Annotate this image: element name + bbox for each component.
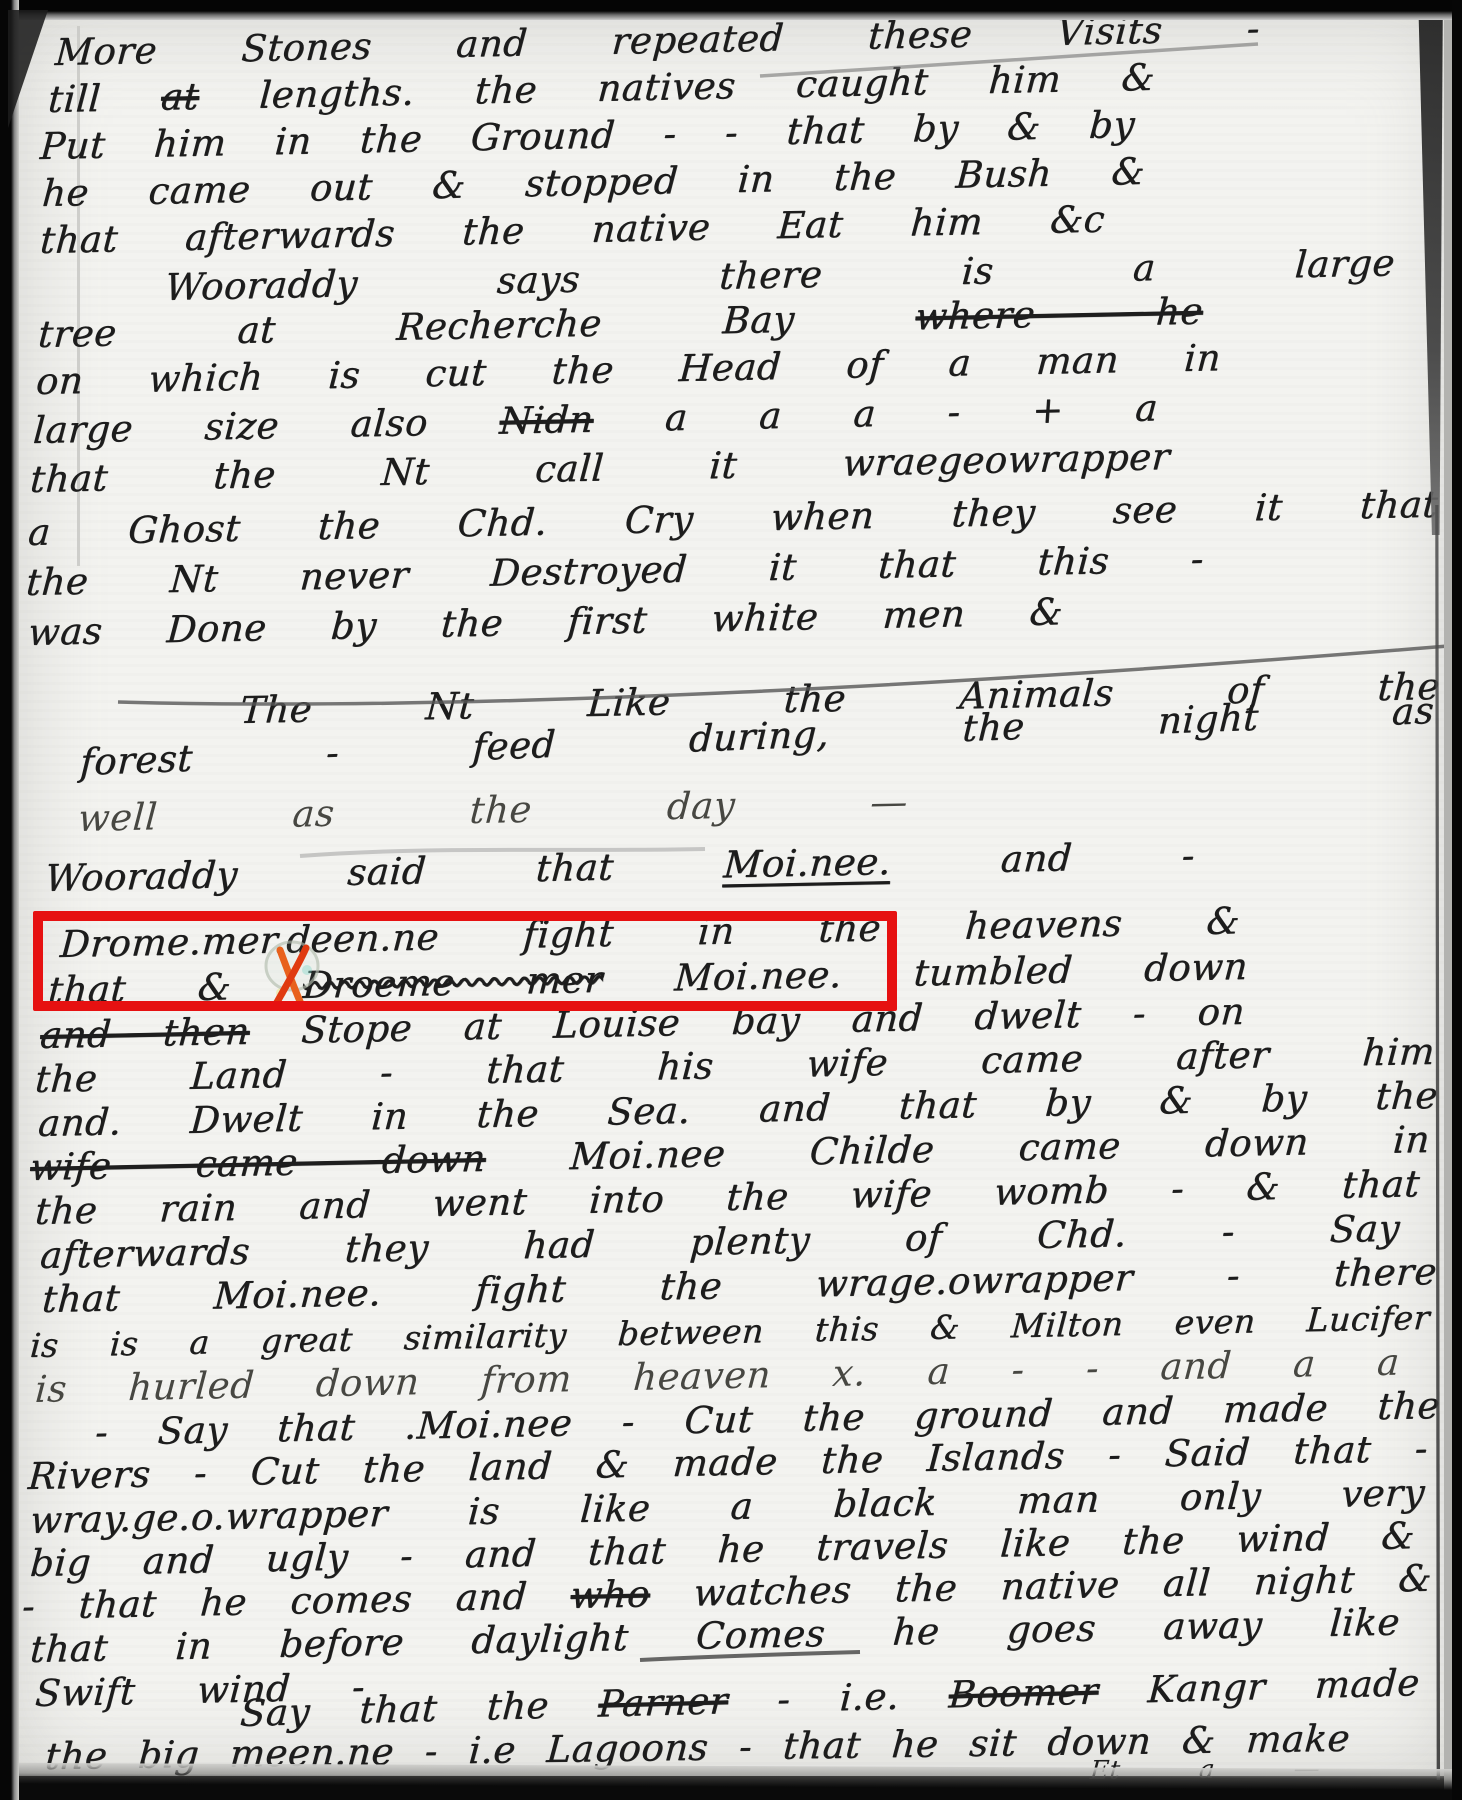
line-text: Kangr made xyxy=(1097,1661,1421,1712)
struck-text: and then xyxy=(39,1010,251,1057)
line-text: and - xyxy=(890,834,1197,883)
struck-text: at xyxy=(160,75,201,119)
scan-edge-right xyxy=(1452,0,1462,1800)
scanned-manuscript-page: More Stones and repeated these Visits - … xyxy=(0,0,1462,1800)
struck-text: where he xyxy=(914,290,1204,339)
scan-corner-shadow xyxy=(8,10,48,128)
scan-edge-top xyxy=(0,0,1462,20)
line-text: - i.e. xyxy=(727,1673,950,1722)
underlined-text: Moi.nee. xyxy=(722,840,892,886)
line-text: a a a - + a xyxy=(592,386,1159,440)
scan-edge-bottom xyxy=(0,1763,1462,1800)
scan-edge-left xyxy=(0,0,19,1800)
annotation-highlight-box xyxy=(33,911,897,1011)
line-text: till xyxy=(47,76,163,121)
struck-text: Boomer xyxy=(947,1669,1099,1716)
struck-text: Parner xyxy=(597,1679,729,1725)
struck-text: Nidn xyxy=(498,398,595,443)
line-text: large size also xyxy=(32,400,501,452)
struck-text: who xyxy=(569,1572,651,1617)
